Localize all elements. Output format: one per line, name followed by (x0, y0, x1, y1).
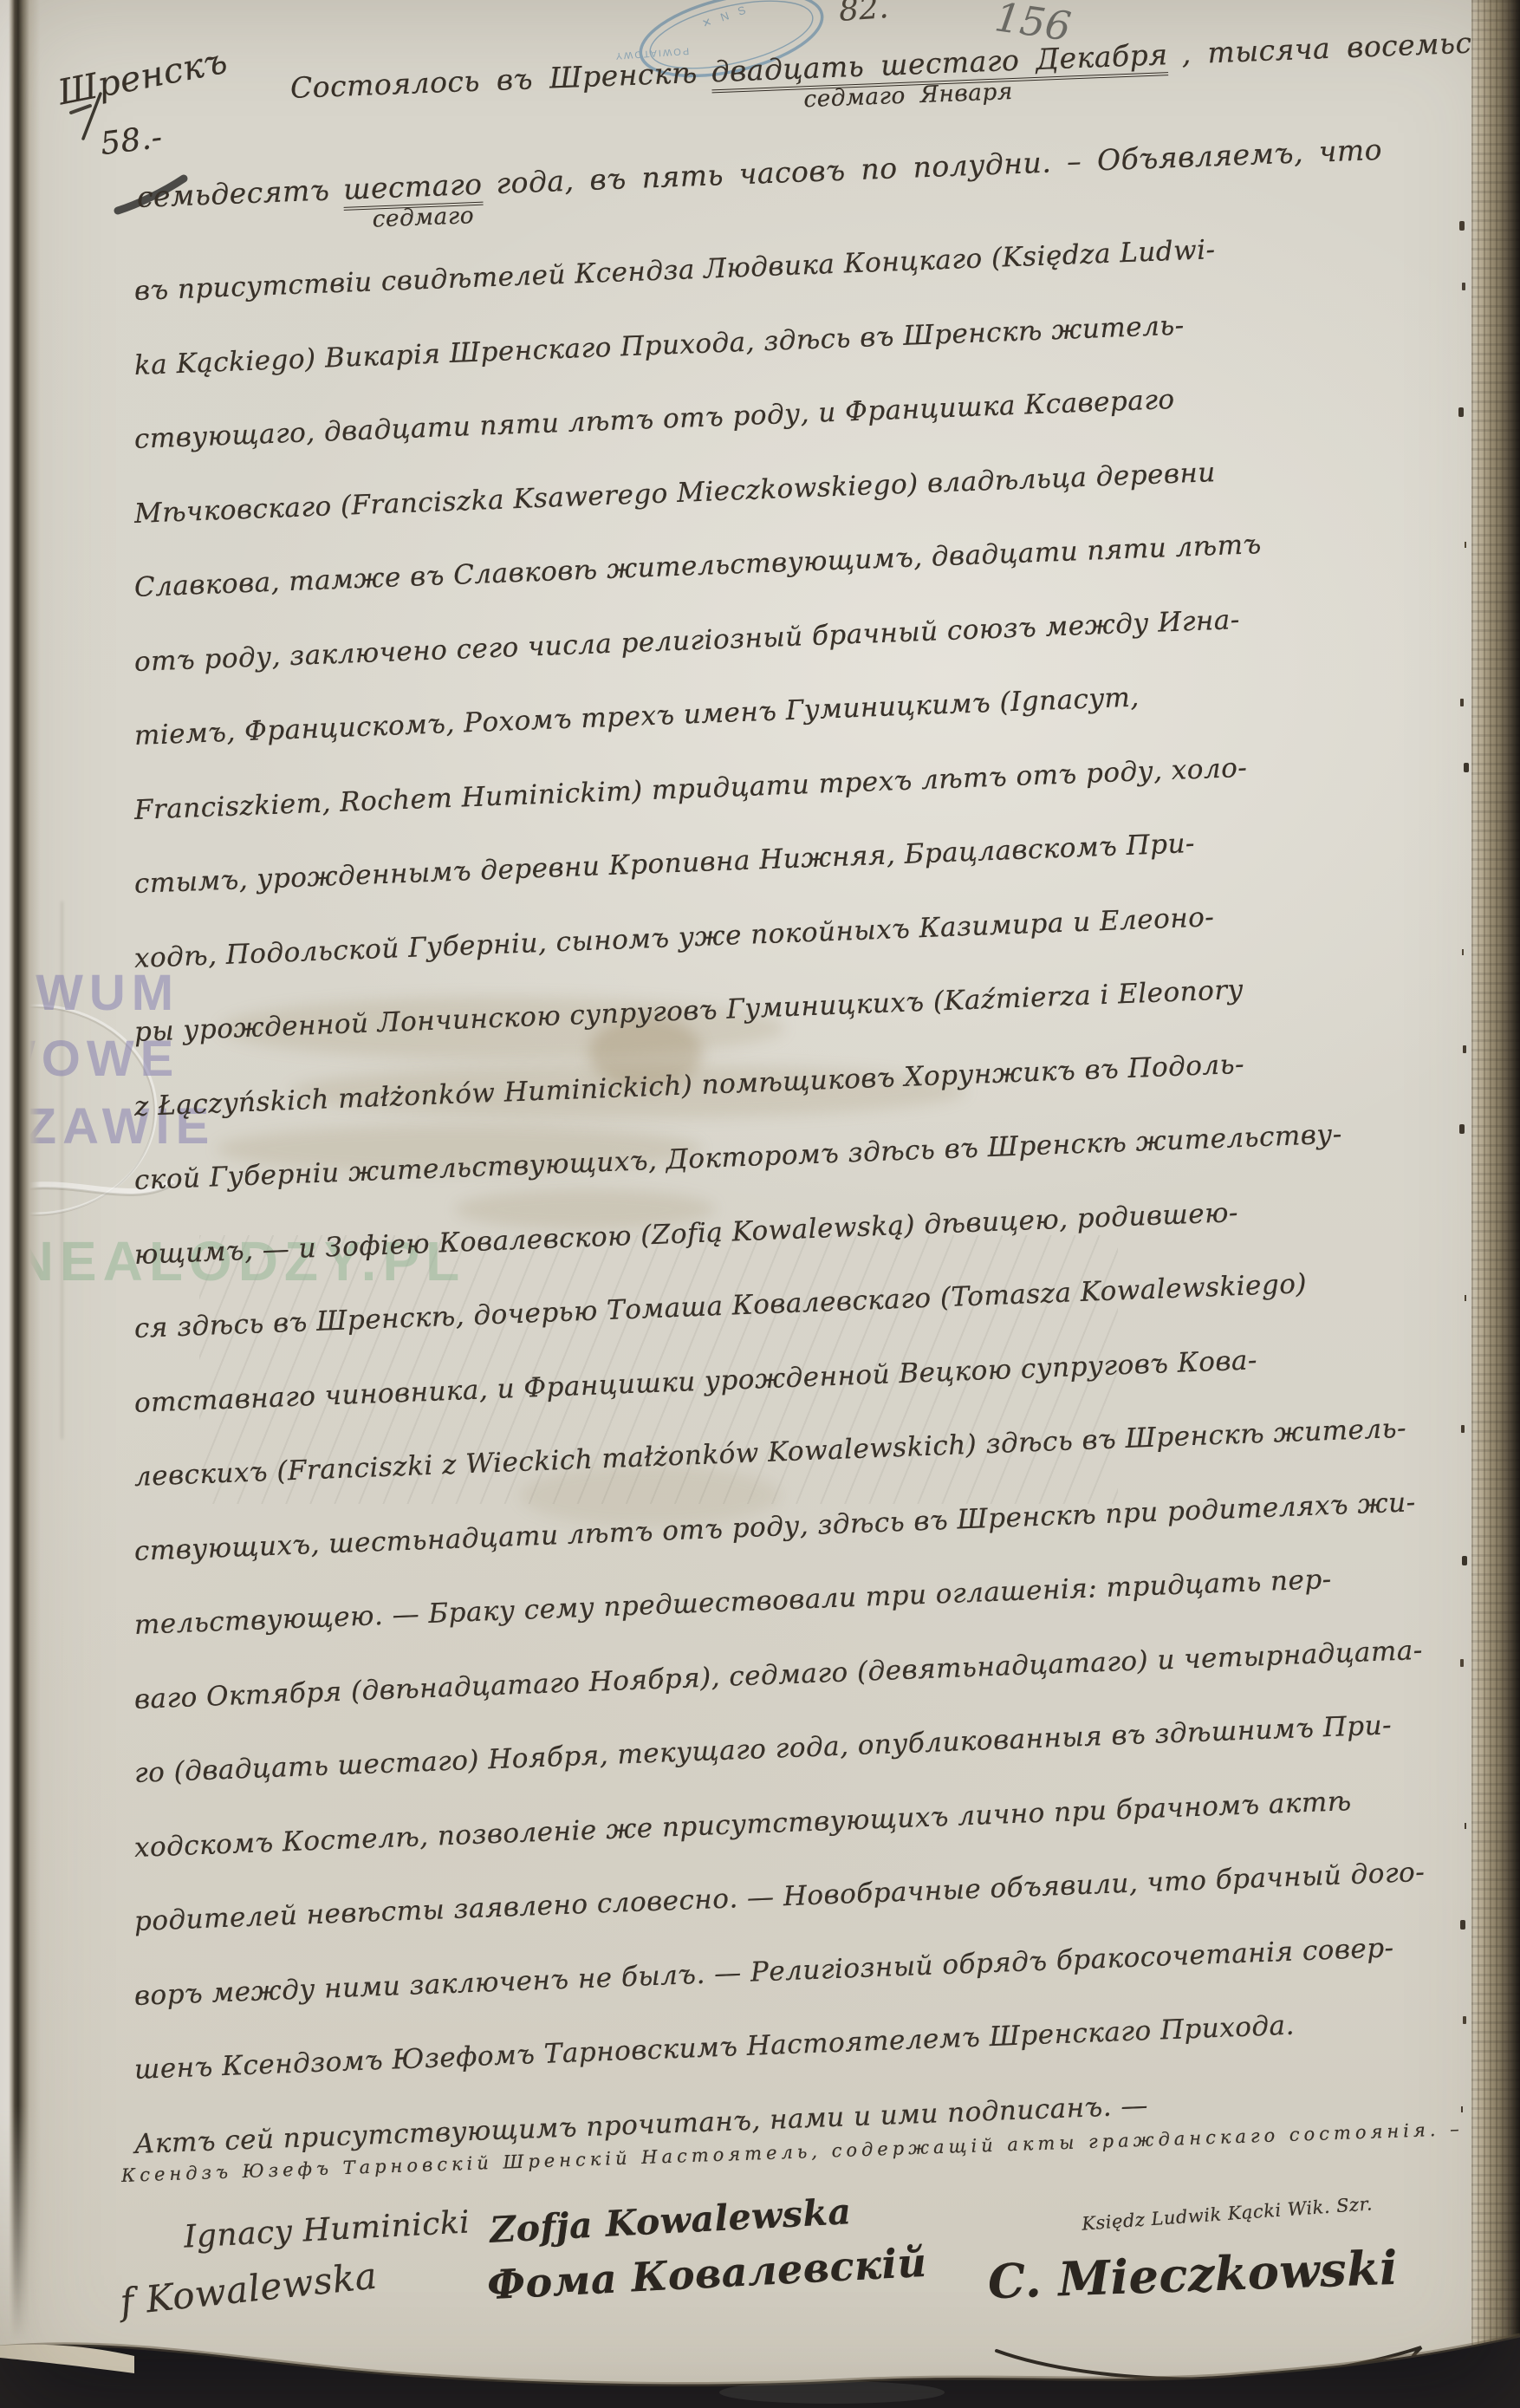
scanned-register-page: IWUM WOWE SZAWIE ENEALODZY.PL ✕ N S POWI… (0, 0, 1520, 2408)
scan-vignette (0, 0, 1520, 2408)
